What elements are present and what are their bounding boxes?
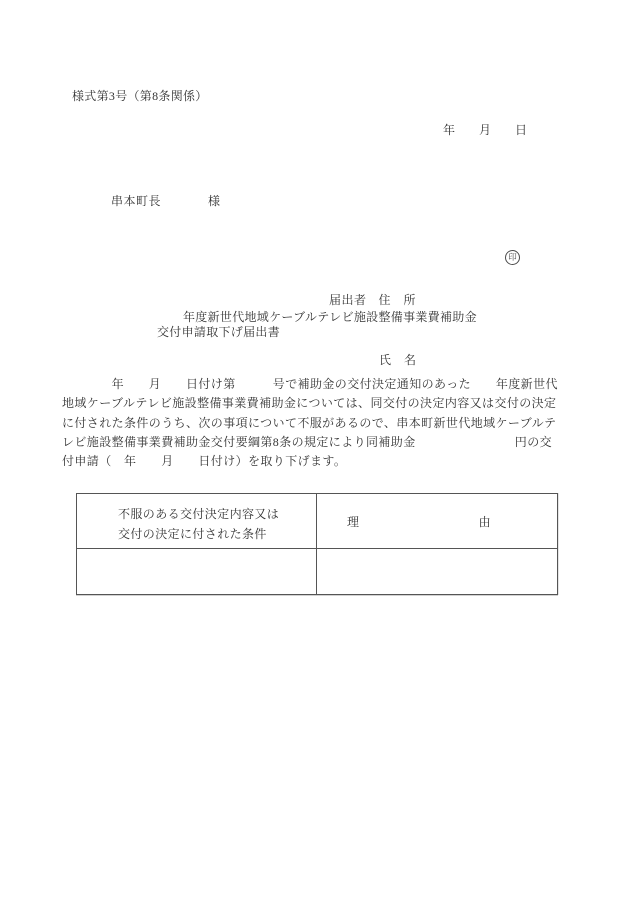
header-left-line1: 不服のある交付決定内容又は — [118, 504, 316, 524]
addressee-line: 串本町長様 — [97, 177, 221, 224]
addressee-honorific: 様 — [208, 194, 221, 208]
header-left-line2: 交付の決定に付された条件 — [118, 524, 316, 544]
body-paragraph-line: に付された条件のうち、次の事項について不服があるので、串本町新世代地域ケーブルテ — [62, 414, 562, 433]
table-header-cell-reason: 理 由 — [317, 494, 557, 548]
document-title-line1: 年度新世代地域ケーブルテレビ施設整備事業費補助金 — [183, 310, 477, 325]
document-page: 様式第3号（第8条関係） 年 月 日 串本町長様 届出者住 所 氏 名 印 年度… — [0, 0, 630, 915]
body-paragraph-line: 地域ケーブルテレビ施設整備事業費補助金については、同交付の決定内容又は交付の決定 — [62, 394, 562, 413]
name-label: 氏 名 — [379, 353, 417, 367]
declarant-label: 届出者 — [329, 293, 367, 307]
document-title-line2: 交付申請取下げ届出書 — [157, 325, 280, 340]
address-label: 住 所 — [379, 293, 417, 307]
table-header-row: 不服のある交付決定内容又は 交付の決定に付された条件 理 由 — [77, 494, 557, 549]
body-paragraph-line: レビ施設整備事業費補助金交付要綱第8条の規定により同補助金 円の交 — [62, 433, 562, 452]
date-month-label: 月 — [479, 121, 491, 138]
declarant-address-row: 届出者住 所 — [308, 270, 417, 290]
addressee-name: 串本町長 — [111, 194, 161, 208]
form-number: 様式第3号（第8条関係） — [72, 87, 208, 104]
table-header-cell-content: 不服のある交付決定内容又は 交付の決定に付された条件 — [77, 494, 317, 548]
date-year-label: 年 — [443, 121, 455, 138]
table-body-row — [77, 549, 557, 594]
objection-table: 不服のある交付決定内容又は 交付の決定に付された条件 理 由 — [76, 493, 558, 595]
body-paragraph-line: 年 月 日付け第 号で補助金の交付決定通知のあった 年度新世代 — [62, 375, 562, 394]
reason-label-left: 理 — [347, 513, 359, 530]
date-line: 年 月 日 — [443, 121, 527, 138]
seal-icon: 印 — [505, 250, 520, 265]
seal-label: 印 — [508, 253, 517, 262]
declarant-name-row: 氏 名 — [308, 330, 417, 350]
reason-label-right: 由 — [479, 513, 491, 530]
body-paragraph-line: 付申請（ 年 月 日付け）を取り下げます。 — [62, 452, 562, 471]
table-body-cell-reason — [317, 549, 557, 594]
body-paragraph: 年 月 日付け第 号で補助金の交付決定通知のあった 年度新世代地域ケーブルテレビ… — [62, 375, 562, 471]
date-day-label: 日 — [515, 121, 527, 138]
table-body-cell-content — [77, 549, 317, 594]
